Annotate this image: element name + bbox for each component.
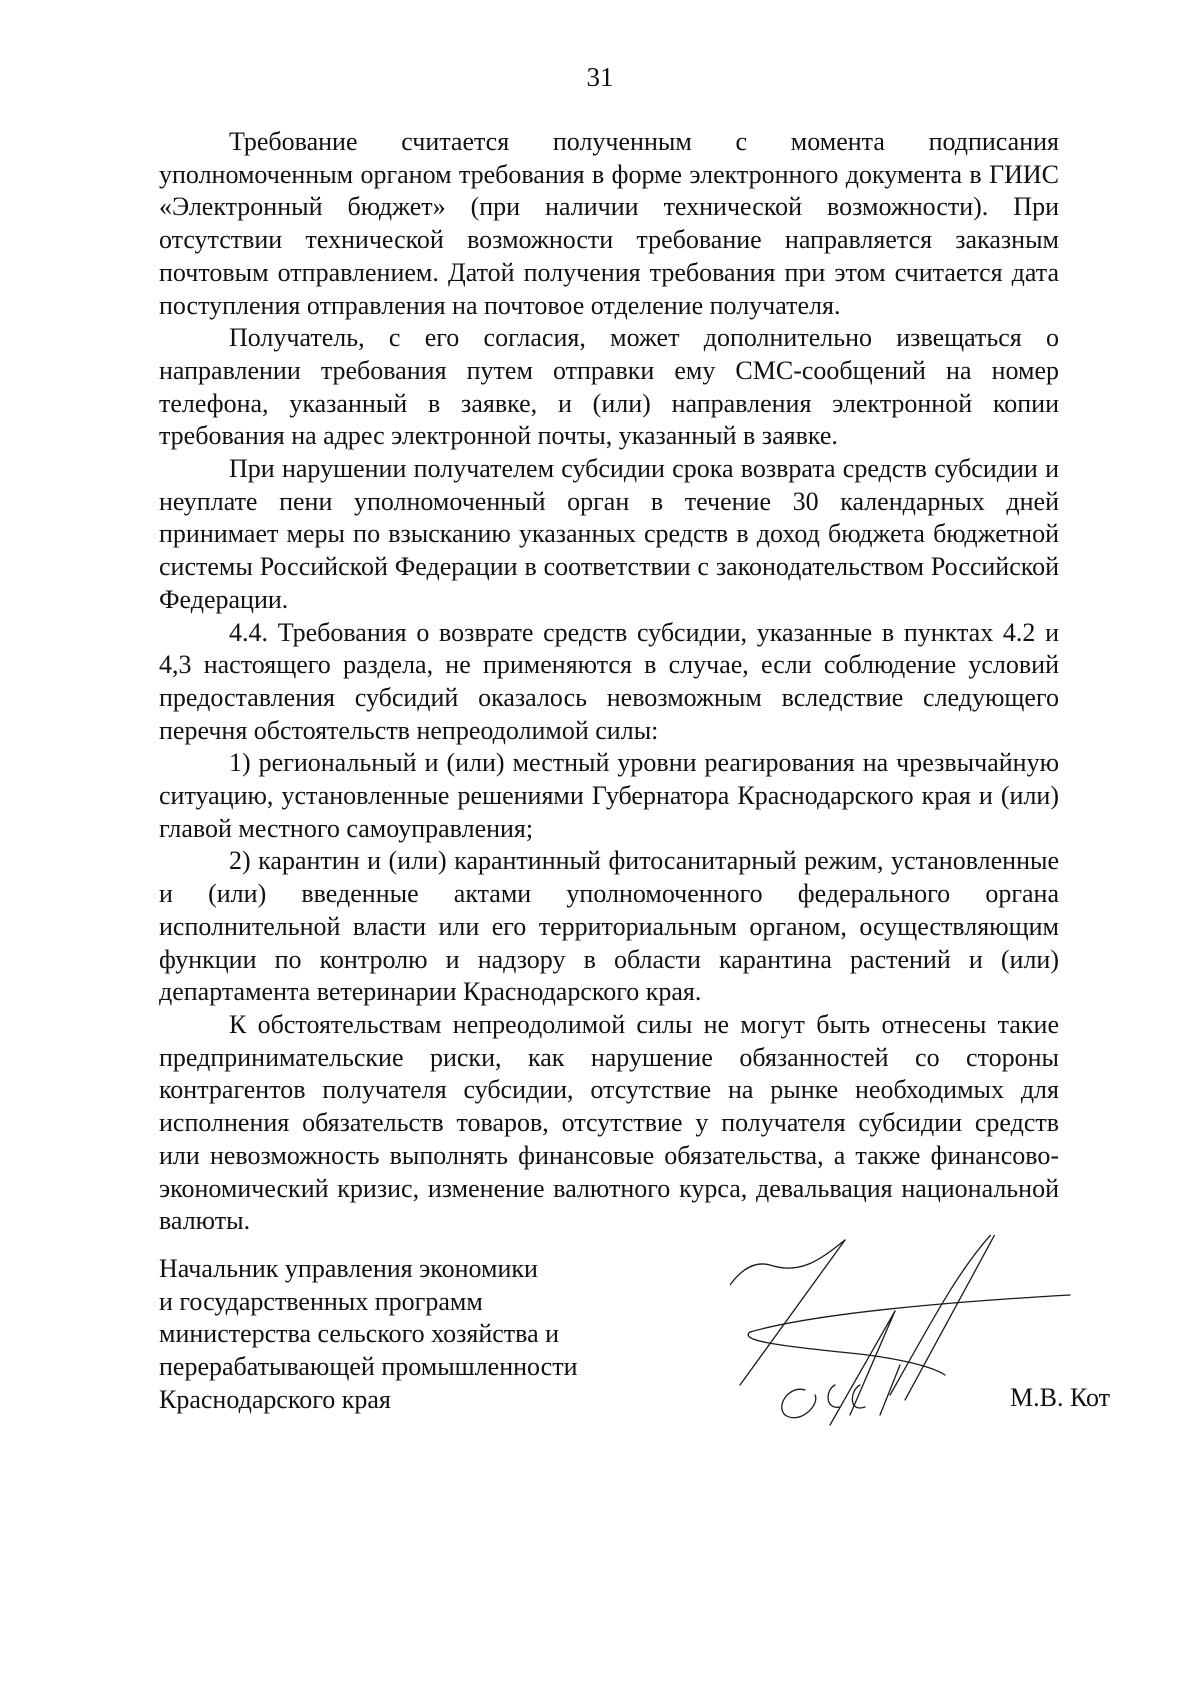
document-page: 31 Требование считается полученным с мом… — [0, 0, 1200, 1694]
position-line: перерабатывающей промышленности — [159, 1351, 679, 1384]
handwritten-signature-icon — [730, 1235, 1130, 1495]
paragraph-recipient-notification: Получатель, с его согласия, может дополн… — [159, 322, 1059, 453]
paragraph-force-majeure-1: 1) региональный и (или) местный уровни р… — [159, 747, 1059, 845]
position-line: министерства сельского хозяйства и — [159, 1318, 679, 1351]
paragraph-requirement-receipt: Требование считается полученным с момент… — [159, 126, 1059, 322]
page-number: 31 — [0, 62, 1200, 93]
position-line: и государственных программ — [159, 1286, 679, 1319]
paragraph-section-4-4: 4.4. Требования о возврате средств субси… — [159, 617, 1059, 748]
paragraph-excluded-risks: К обстоятельствам непреодолимой силы не … — [159, 1009, 1059, 1238]
position-line: Краснодарского края — [159, 1384, 679, 1417]
signatory-position: Начальник управления экономики и государ… — [159, 1253, 679, 1417]
document-body: Требование считается полученным с момент… — [159, 126, 1059, 1238]
position-line: Начальник управления экономики — [159, 1253, 679, 1286]
paragraph-violation-recovery: При нарушении получателем субсидии срока… — [159, 453, 1059, 617]
signatory-name: М.В. Кот — [1010, 1383, 1110, 1413]
paragraph-force-majeure-2: 2) карантин и (или) карантинный фитосани… — [159, 845, 1059, 1009]
